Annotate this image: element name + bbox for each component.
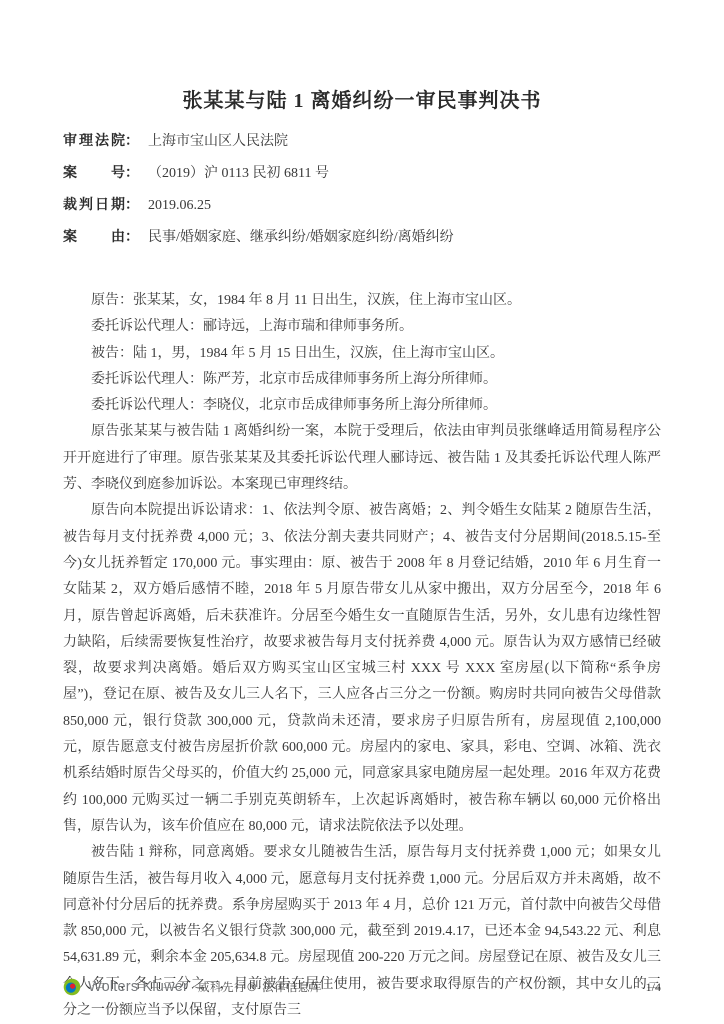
body-paragraph: 被告：陆 1，男，1984 年 5 月 15 日出生，汉族，住上海市宝山区。 — [63, 341, 661, 367]
document-body: 原告：张某某，女，1984 年 8 月 11 日出生，汉族，住上海市宝山区。委托… — [63, 288, 661, 1024]
body-paragraph: 原告向本院提出诉讼请求：1、依法判令原、被告离婚；2、判令婚生女陆某 2 随原告… — [63, 498, 661, 840]
document-title: 张某某与陆 1 离婚纠纷一审民事判决书 — [0, 0, 724, 114]
meta-colon: ： — [125, 227, 139, 248]
page-indicator: 1/4 — [646, 980, 661, 995]
body-paragraph: 被告陆 1 辩称，同意离婚。要求女儿随被告生活，原告每月支付抚养费 1,000 … — [63, 840, 661, 1024]
meta-colon: ： — [125, 131, 139, 152]
meta-row: 案号：（2019）沪 0113 民初 6811 号 — [63, 163, 661, 184]
meta-value: （2019）沪 0113 民初 6811 号 — [148, 163, 329, 184]
meta-colon: ： — [125, 195, 139, 216]
brand-area: Wolters Kluwer 威科先行®·法律信息库 — [63, 978, 322, 996]
wolters-kluwer-logo-icon — [63, 978, 81, 996]
body-paragraph: 委托诉讼代理人：陈严芳，北京市岳成律师事务所上海分所律师。 — [63, 367, 661, 393]
page-footer: Wolters Kluwer 威科先行®·法律信息库 1/4 — [63, 978, 661, 996]
meta-value: 民事/婚姻家庭、继承纠纷/婚姻家庭纠纷/离婚纠纷 — [148, 227, 454, 248]
body-paragraph: 原告张某某与被告陆 1 离婚纠纷一案，本院于受理后，依法由审判员张继峰适用简易程… — [63, 419, 661, 498]
meta-colon: ： — [125, 163, 139, 184]
meta-block: 审理法院：上海市宝山区人民法院案号：（2019）沪 0113 民初 6811 号… — [63, 131, 661, 248]
meta-label: 案由 — [63, 227, 125, 248]
meta-value: 2019.06.25 — [148, 195, 211, 216]
meta-row: 审理法院：上海市宝山区人民法院 — [63, 131, 661, 152]
product-name: 威科先行®·法律信息库 — [198, 979, 322, 995]
meta-label: 裁判日期 — [63, 195, 125, 216]
brand-name: Wolters Kluwer — [88, 979, 188, 995]
meta-row: 案由：民事/婚姻家庭、继承纠纷/婚姻家庭纠纷/离婚纠纷 — [63, 227, 661, 248]
meta-label: 案号 — [63, 163, 125, 184]
body-paragraph: 委托诉讼代理人：郦诗远，上海市瑞和律师事务所。 — [63, 314, 661, 340]
meta-row: 裁判日期：2019.06.25 — [63, 195, 661, 216]
meta-label: 审理法院 — [63, 131, 125, 152]
meta-value: 上海市宝山区人民法院 — [148, 131, 288, 152]
judgment-document-page: 张某某与陆 1 离婚纠纷一审民事判决书 审理法院：上海市宝山区人民法院案号：（2… — [0, 0, 724, 1024]
body-paragraph: 原告：张某某，女，1984 年 8 月 11 日出生，汉族，住上海市宝山区。 — [63, 288, 661, 314]
body-paragraph: 委托诉讼代理人：李晓仪，北京市岳成律师事务所上海分所律师。 — [63, 393, 661, 419]
